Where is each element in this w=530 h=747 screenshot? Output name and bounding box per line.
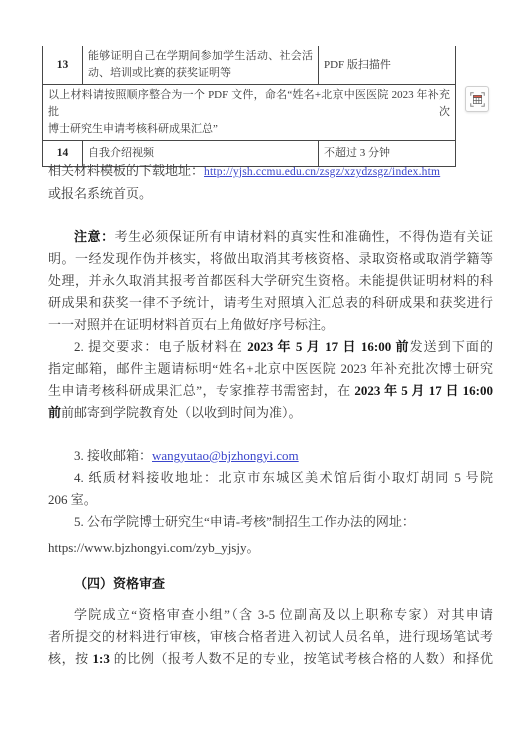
text-segment: 3. 接收邮箱： <box>74 448 152 463</box>
text-line: https://www.bjzhongyi.com/zyb_yjsjy。 <box>48 537 493 559</box>
text-line: （四）资格审查 <box>48 573 493 595</box>
text-line: 前前邮寄到学院教育处（以收到时间为准）。 <box>48 402 493 424</box>
text-segment: 或报名系统首页。 <box>48 186 152 201</box>
row-description-line: 能够证明自己在学期间参加学生活动、社会活 <box>88 48 313 65</box>
text-segment: 一一对照并在证明材料首页右上角做好序号标注。 <box>48 317 334 332</box>
row-description-cell: 能够证明自己在学期间参加学生活动、社会活 动、培训或比赛的获奖证明等 <box>83 46 319 85</box>
text-line: 206 室。 <box>48 489 493 511</box>
row-requirement-cell: PDF 版扫描件 <box>319 46 456 85</box>
table-row-13: 13 能够证明自己在学期间参加学生活动、社会活 动、培训或比赛的获奖证明等 PD… <box>43 46 456 85</box>
text-segment: 处理，并永久取消其报考首都医科大学研究生资格。未能提供证明材料的科 <box>48 273 493 288</box>
text-segment: 的比例（报考人数不足的专业，按笔试考核合格的人数）和择优 <box>110 651 493 666</box>
text-segment: 发送到下面的 <box>410 339 493 354</box>
text-line: 3. 接收邮箱：wangyutao@bjzhongyi.com <box>48 445 493 467</box>
text-line: 相关材料模板的下载地址：http://yjsh.ccmu.edu.cn/zsgz… <box>48 160 493 183</box>
text-line: 注意：考生必须保证所有申请材料的真实性和准确性，不得伪造有关证 <box>48 226 493 248</box>
text-line: 2. 提交要求：电子版材料在 2023 年 5 月 17 日 16:00 前发送… <box>48 336 493 358</box>
text-segment: 考生必须保证所有申请材料的真实性和准确性，不得伪造有关证 <box>115 229 493 244</box>
text-segment: 注意： <box>74 229 115 244</box>
text-line: 明。一经发现作伪并核实，将做出取消其考核资格、录取资格或取消学籍等 <box>48 248 493 270</box>
row-number: 13 <box>57 59 69 71</box>
merged-note-line: 博士研究生申请考核科研成果汇总” <box>48 121 450 138</box>
table-select-icon <box>470 92 485 107</box>
text-line: 研成果和获奖一律不予统计，请考生对照填入汇总表的科研成果和获奖进行 <box>48 292 493 314</box>
text-segment: 2023 年 5 月 17 日 16:00 <box>354 383 493 398</box>
text-line: 核，按 1:3 的比例（报考人数不足的专业，按笔试考核合格的人数）和择优 <box>48 648 493 670</box>
text-line: 或报名系统首页。 <box>48 183 493 205</box>
document-page: 13 能够证明自己在学期间参加学生活动、社会活 动、培训或比赛的获奖证明等 PD… <box>0 0 530 747</box>
table-row-merged: 以上材料请按照顺序整合为一个 PDF 文件，命名“姓名+北京中医医院 2023 … <box>43 85 456 141</box>
text-line: 一一对照并在证明材料首页右上角做好序号标注。 <box>48 314 493 336</box>
text-segment: 相关材料模板的下载地址： <box>48 163 204 178</box>
text-line: 者所提交的材料进行审核，审核合格者进入初试人员名单，进行现场笔试考 <box>48 626 493 648</box>
text-segment: 1:3 <box>93 651 110 666</box>
text-segment: 4. 纸质材料接收地址：北京市东城区美术馆后街小取灯胡同 5 号院 <box>74 470 493 485</box>
merged-note-cell: 以上材料请按照顺序整合为一个 PDF 文件，命名“姓名+北京中医医院 2023 … <box>43 85 456 141</box>
template-download-link[interactable]: http://yjsh.ccmu.edu.cn/zsgz/xzydzsgz/in… <box>204 166 440 178</box>
body-text: 相关材料模板的下载地址：http://yjsh.ccmu.edu.cn/zsgz… <box>48 160 493 670</box>
text-segment: 前邮寄到学院教育处（以收到时间为准）。 <box>61 405 302 420</box>
section-heading: （四）资格审查 <box>74 576 165 591</box>
email-link[interactable]: wangyutao@bjzhongyi.com <box>152 448 299 463</box>
text-line: 生申请考核科研成果汇总”，专家推荐书需密封，在 2023 年 5 月 17 日 … <box>48 380 493 402</box>
text-segment: 2023 年 5 月 17 日 16:00 前 <box>247 339 409 354</box>
materials-table: 13 能够证明自己在学期间参加学生活动、社会活 动、培训或比赛的获奖证明等 PD… <box>42 46 456 167</box>
text-segment: 5. 公布学院博士研究生“申请-考核”制招生工作办法的网址： <box>74 514 415 529</box>
row-number-cell: 13 <box>43 46 83 85</box>
text-line: 处理，并永久取消其报考首都医科大学研究生资格。未能提供证明材料的科 <box>48 270 493 292</box>
row-description-line: 动、培训或比赛的获奖证明等 <box>88 65 313 82</box>
text-segment: 研成果和获奖一律不予统计，请考生对照填入汇总表的科研成果和获奖进行 <box>48 295 493 310</box>
text-segment: 明。一经发现作伪并核实，将做出取消其考核资格、录取资格或取消学籍等 <box>48 251 493 266</box>
text-segment: 指定邮箱，邮件主题请标明“姓名+北京中医医院 2023 年补充批次博士研究 <box>48 361 493 376</box>
text-segment: https://www.bjzhongyi.com/zyb_yjsjy。 <box>48 540 259 555</box>
text-segment: 206 室。 <box>48 492 97 507</box>
text-line: 5. 公布学院博士研究生“申请-考核”制招生工作办法的网址： <box>48 511 493 533</box>
text-segment: 核，按 <box>48 651 93 666</box>
row-number: 14 <box>57 147 69 159</box>
table-select-button[interactable] <box>465 86 489 112</box>
text-line: 4. 纸质材料接收地址：北京市东城区美术馆后街小取灯胡同 5 号院 <box>48 467 493 489</box>
merged-note-line: 以上材料请按照顺序整合为一个 PDF 文件，命名“姓名+北京中医医院 2023 … <box>48 87 450 121</box>
text-segment: 者所提交的材料进行审核，审核合格者进入初试人员名单，进行现场笔试考 <box>48 629 493 644</box>
text-line: 指定邮箱，邮件主题请标明“姓名+北京中医医院 2023 年补充批次博士研究 <box>48 358 493 380</box>
text-segment: 生申请考核科研成果汇总”，专家推荐书需密封，在 <box>48 383 354 398</box>
text-segment: 2. 提交要求：电子版材料在 <box>74 339 247 354</box>
text-segment: 前 <box>48 405 61 420</box>
text-line: 学院成立“资格审查小组”（含 3-5 位副高及以上职称专家）对其申请 <box>48 604 493 626</box>
text-segment: 学院成立“资格审查小组”（含 3-5 位副高及以上职称专家）对其申请 <box>74 607 493 622</box>
